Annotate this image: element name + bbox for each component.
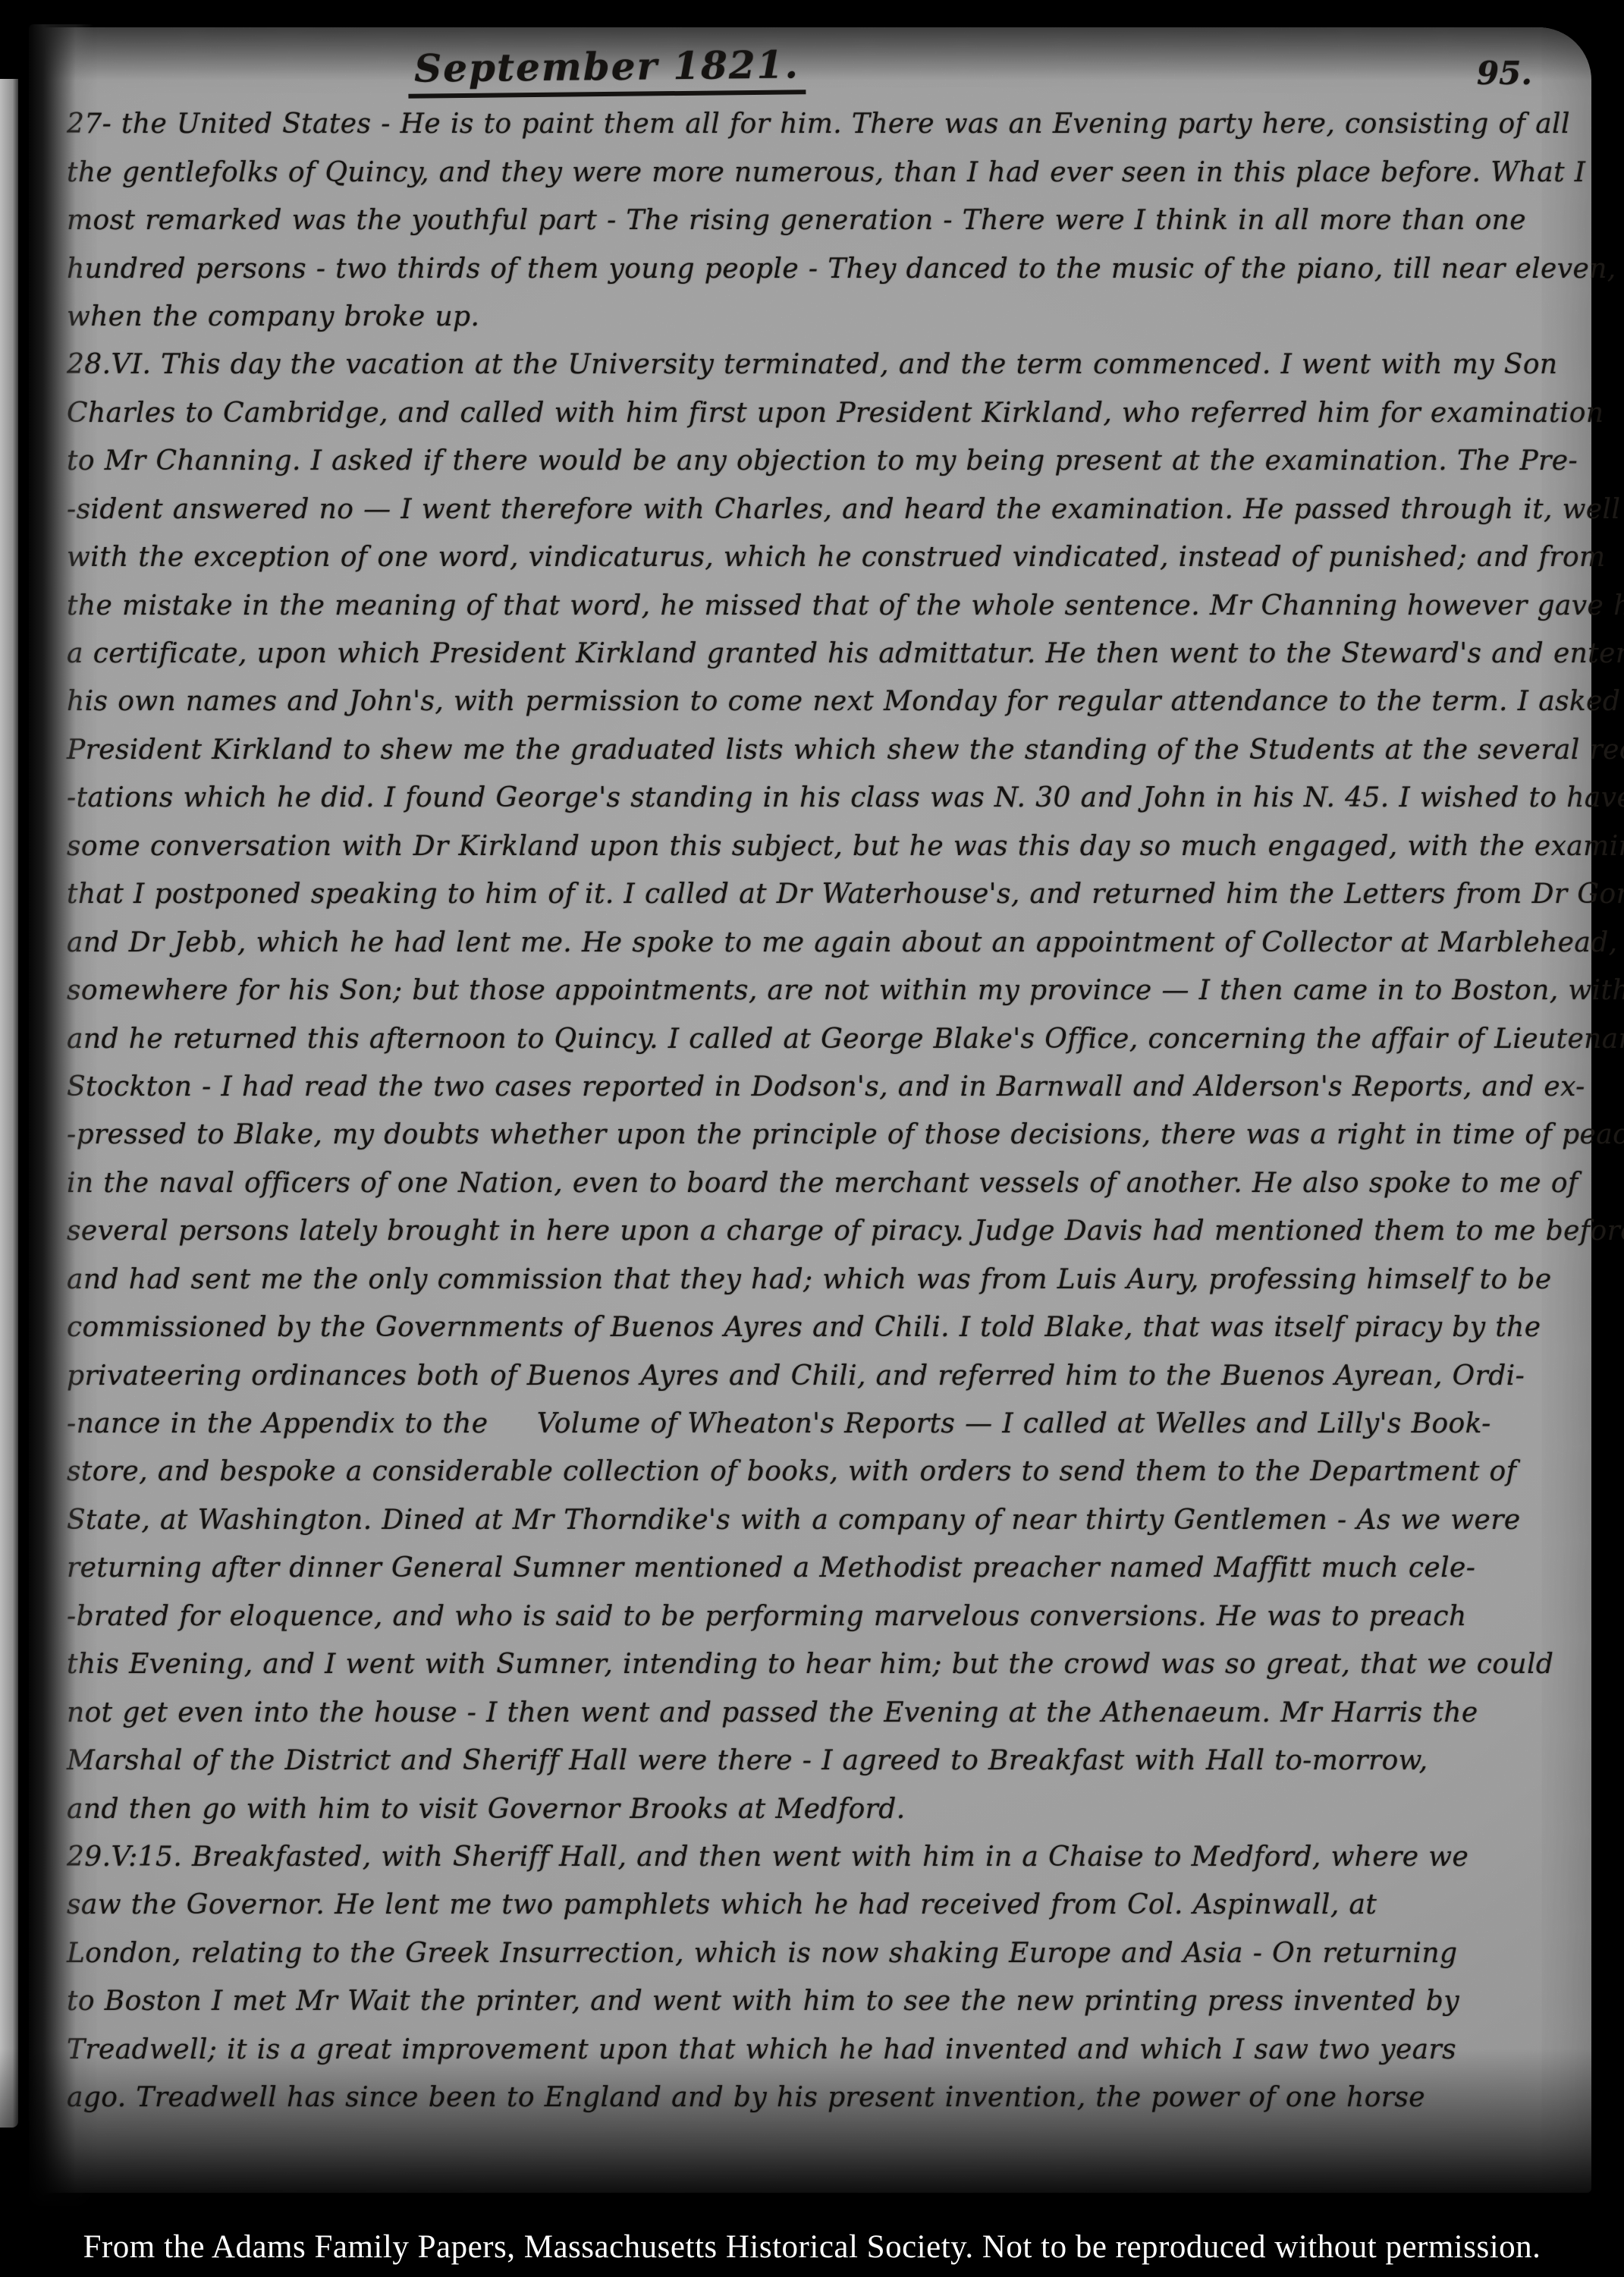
manuscript-line: and had sent me the only commission that… bbox=[56, 1256, 1575, 1304]
manuscript-line: to Mr Channing. I asked if there would b… bbox=[56, 437, 1575, 485]
manuscript-line: Treadwell; it is a great improvement upo… bbox=[56, 2026, 1575, 2074]
manuscript-line: Charles to Cambridge, and called with hi… bbox=[56, 389, 1575, 437]
manuscript-line: -nance in the Appendix to the Volume of … bbox=[56, 1400, 1575, 1448]
manuscript-line: several persons lately brought in here u… bbox=[56, 1207, 1575, 1255]
manuscript-line: -sident answered no — I went therefore w… bbox=[56, 486, 1575, 533]
manuscript-line: to Boston I met Mr Wait the printer, and… bbox=[56, 1977, 1575, 2025]
manuscript-line: the mistake in the meaning of that word,… bbox=[56, 581, 1575, 629]
manuscript-line: with the exception of one word, vindicat… bbox=[56, 533, 1575, 581]
page-header: September 1821. 95. bbox=[39, 38, 1591, 106]
manuscript-line: ago. Treadwell has since been to England… bbox=[56, 2074, 1575, 2121]
manuscript-line: -tations which he did. I found George's … bbox=[56, 774, 1575, 822]
manuscript-line: President Kirkland to shew me the gradua… bbox=[56, 726, 1575, 774]
manuscript-line: 28.VI. This day the vacation at the Univ… bbox=[56, 341, 1575, 388]
manuscript-line: privateering ordinances both of Buenos A… bbox=[56, 1351, 1575, 1399]
manuscript-line: his own names and John's, with permissio… bbox=[56, 678, 1575, 725]
manuscript-line: when the company broke up. bbox=[56, 293, 1575, 341]
diary-entry-28: 28.VI. This day the vacation at the Univ… bbox=[56, 341, 1575, 1833]
manuscript-line: Marshal of the District and Sheriff Hall… bbox=[56, 1737, 1575, 1785]
diary-entry-29: 29.V:15. Breakfasted, with Sheriff Hall,… bbox=[56, 1833, 1575, 2122]
manuscript-line: and then go with him to visit Governor B… bbox=[56, 1785, 1575, 1832]
manuscript-line: and he returned this afternoon to Quincy… bbox=[56, 1014, 1575, 1062]
manuscript-line: State, at Washington. Dined at Mr Thornd… bbox=[56, 1496, 1575, 1544]
manuscript-body: 27- the United States - He is to paint t… bbox=[56, 100, 1575, 2121]
adjacent-page-edge bbox=[0, 79, 18, 2128]
page-number: 95. bbox=[1477, 55, 1532, 92]
manuscript-line: a certificate, upon which President Kirk… bbox=[56, 630, 1575, 678]
manuscript-line: in the naval officers of one Nation, eve… bbox=[56, 1159, 1575, 1207]
manuscript-line: returning after dinner General Sumner me… bbox=[56, 1544, 1575, 1592]
manuscript-line: store, and bespoke a considerable collec… bbox=[56, 1448, 1575, 1495]
manuscript-line: -brated for eloquence, and who is said t… bbox=[56, 1593, 1575, 1640]
diary-entry-27: 27- the United States - He is to paint t… bbox=[56, 100, 1575, 341]
manuscript-line: some conversation with Dr Kirkland upon … bbox=[56, 822, 1575, 870]
manuscript-line: commissioned by the Governments of Bueno… bbox=[56, 1304, 1575, 1351]
manuscript-line: 29.V:15. Breakfasted, with Sheriff Hall,… bbox=[56, 1833, 1575, 1881]
credit-caption-bar: From the Adams Family Papers, Massachuse… bbox=[0, 2216, 1624, 2277]
manuscript-line: not get even into the house - I then wen… bbox=[56, 1688, 1575, 1736]
manuscript-line: that I postponed speaking to him of it. … bbox=[56, 870, 1575, 918]
manuscript-page: September 1821. 95. 27- the United State… bbox=[39, 27, 1591, 2193]
manuscript-line: most remarked was the youthful part - Th… bbox=[56, 197, 1575, 244]
manuscript-line: 27- the United States - He is to paint t… bbox=[56, 100, 1575, 148]
credit-caption-text: From the Adams Family Papers, Massachuse… bbox=[83, 2228, 1541, 2266]
manuscript-line: Stockton - I had read the two cases repo… bbox=[56, 1063, 1575, 1111]
scanned-diary-page: September 1821. 95. 27- the United State… bbox=[0, 0, 1624, 2277]
page-title: September 1821. bbox=[408, 42, 806, 98]
manuscript-line: -pressed to Blake, my doubts whether upo… bbox=[56, 1111, 1575, 1159]
manuscript-line: and Dr Jebb, which he had lent me. He sp… bbox=[56, 918, 1575, 966]
manuscript-line: somewhere for his Son; but those appoint… bbox=[56, 967, 1575, 1014]
manuscript-line: hundred persons - two thirds of them you… bbox=[56, 244, 1575, 292]
manuscript-line: the gentlefolks of Quincy, and they were… bbox=[56, 148, 1575, 196]
manuscript-line: saw the Governor. He lent me two pamphle… bbox=[56, 1881, 1575, 1929]
manuscript-line: this Evening, and I went with Sumner, in… bbox=[56, 1640, 1575, 1688]
manuscript-line: London, relating to the Greek Insurrecti… bbox=[56, 1929, 1575, 1977]
